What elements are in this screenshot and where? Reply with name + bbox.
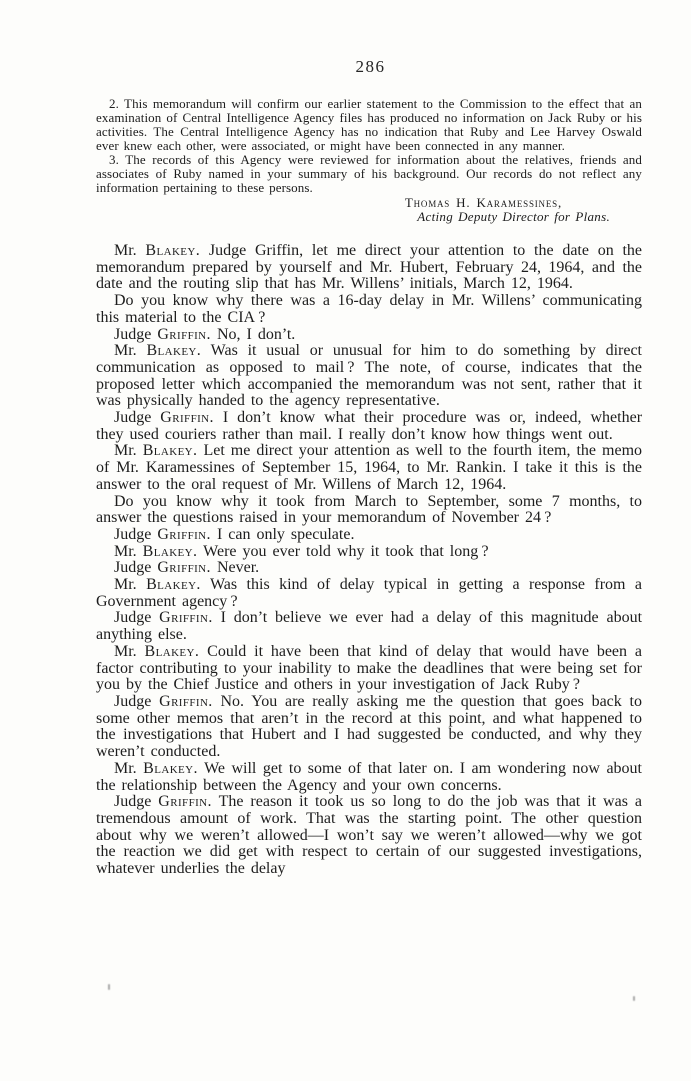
speaker-name: Blakey. xyxy=(146,342,201,359)
signature-name: Thomas H. Karamessines, xyxy=(96,196,642,210)
speaker-name: Griffin. xyxy=(157,559,211,576)
speaker-name: Blakey. xyxy=(146,576,201,593)
paragraph-text: Do you know why it took from March to Se… xyxy=(96,493,642,527)
memorandum-excerpt: 2. This memorandum will confirm our earl… xyxy=(96,97,642,224)
memo-paragraph: 2. This memorandum will confirm our earl… xyxy=(96,97,642,153)
scan-artifact xyxy=(633,996,635,1001)
speaker-name: Griffin. xyxy=(157,526,211,543)
transcript-paragraph: Mr. Blakey. Judge Griffin, let me direct… xyxy=(96,243,642,293)
transcript-paragraph: Judge Griffin. The reason it took us so … xyxy=(96,794,642,878)
speaker-prefix: Mr. xyxy=(114,342,137,359)
speaker-name: Blakey. xyxy=(145,643,200,660)
speaker-name: Griffin. xyxy=(160,409,214,426)
transcript-paragraph: Judge Griffin. No. You are really asking… xyxy=(96,694,642,761)
speaker-prefix: Judge xyxy=(114,326,151,343)
transcript-paragraph: Mr. Blakey. Was it usual or unusual for … xyxy=(96,343,642,410)
transcript-paragraph: Judge Griffin. I can only speculate. xyxy=(96,527,642,544)
document-page: 286 2. This memorandum will confirm our … xyxy=(0,0,691,1081)
transcript-paragraph: Do you know why there was a 16-day delay… xyxy=(96,293,642,326)
transcript-paragraph: Mr. Blakey. Let me direct your attention… xyxy=(96,443,642,493)
hearing-transcript: Mr. Blakey. Judge Griffin, let me direct… xyxy=(96,243,642,878)
memo-paragraph: 3. The records of this Agency were revie… xyxy=(96,153,642,195)
paragraph-text: No, I don’t. xyxy=(217,326,295,343)
speaker-prefix: Mr. xyxy=(114,442,137,459)
speaker-prefix: Mr. xyxy=(114,242,137,259)
speaker-name: Griffin. xyxy=(159,693,213,710)
signature-title: Acting Deputy Director for Plans. xyxy=(96,210,642,224)
speaker-name: Blakey. xyxy=(145,242,200,259)
transcript-paragraph: Mr. Blakey. Could it have been that kind… xyxy=(96,644,642,694)
transcript-paragraph: Judge Griffin. No, I don’t. xyxy=(96,327,642,344)
transcript-paragraph: Mr. Blakey. Were you ever told why it to… xyxy=(96,544,642,561)
speaker-name: Griffin. xyxy=(157,326,211,343)
scan-artifact xyxy=(108,984,110,990)
speaker-prefix: Judge xyxy=(114,526,151,543)
paragraph-text: Never. xyxy=(217,559,259,576)
speaker-name: Blakey. xyxy=(143,543,198,560)
transcript-paragraph: Do you know why it took from March to Se… xyxy=(96,494,642,527)
speaker-prefix: Judge xyxy=(114,793,151,810)
transcript-paragraph: Mr. Blakey. We will get to some of that … xyxy=(96,761,642,794)
transcript-paragraph: Judge Griffin. I don’t believe we ever h… xyxy=(96,610,642,643)
speaker-prefix: Judge xyxy=(114,409,151,426)
speaker-prefix: Mr. xyxy=(114,643,137,660)
speaker-prefix: Mr. xyxy=(114,760,137,777)
paragraph-text: Were you ever told why it took that long… xyxy=(203,543,488,560)
memo-paragraph-text: 2. This memorandum will confirm our earl… xyxy=(96,96,642,153)
paragraph-text: Do you know why there was a 16-day delay… xyxy=(96,292,642,326)
speaker-name: Blakey. xyxy=(143,442,198,459)
speaker-prefix: Judge xyxy=(114,609,151,626)
transcript-paragraph: Judge Griffin. I don’t know what their p… xyxy=(96,410,642,443)
memo-paragraph-text: 3. The records of this Agency were revie… xyxy=(96,152,642,195)
speaker-name: Griffin. xyxy=(158,793,212,810)
page-number: 286 xyxy=(99,57,642,77)
speaker-name: Griffin. xyxy=(159,609,213,626)
signature-block: Thomas H. Karamessines, Acting Deputy Di… xyxy=(96,196,642,224)
speaker-name: Blakey. xyxy=(143,760,198,777)
speaker-prefix: Judge xyxy=(114,559,151,576)
transcript-paragraph: Judge Griffin. Never. xyxy=(96,560,642,577)
paragraph-text: I can only speculate. xyxy=(217,526,355,543)
speaker-prefix: Judge xyxy=(114,693,151,710)
transcript-paragraph: Mr. Blakey. Was this kind of delay typic… xyxy=(96,577,642,610)
speaker-prefix: Mr. xyxy=(114,576,137,593)
speaker-prefix: Mr. xyxy=(114,543,137,560)
